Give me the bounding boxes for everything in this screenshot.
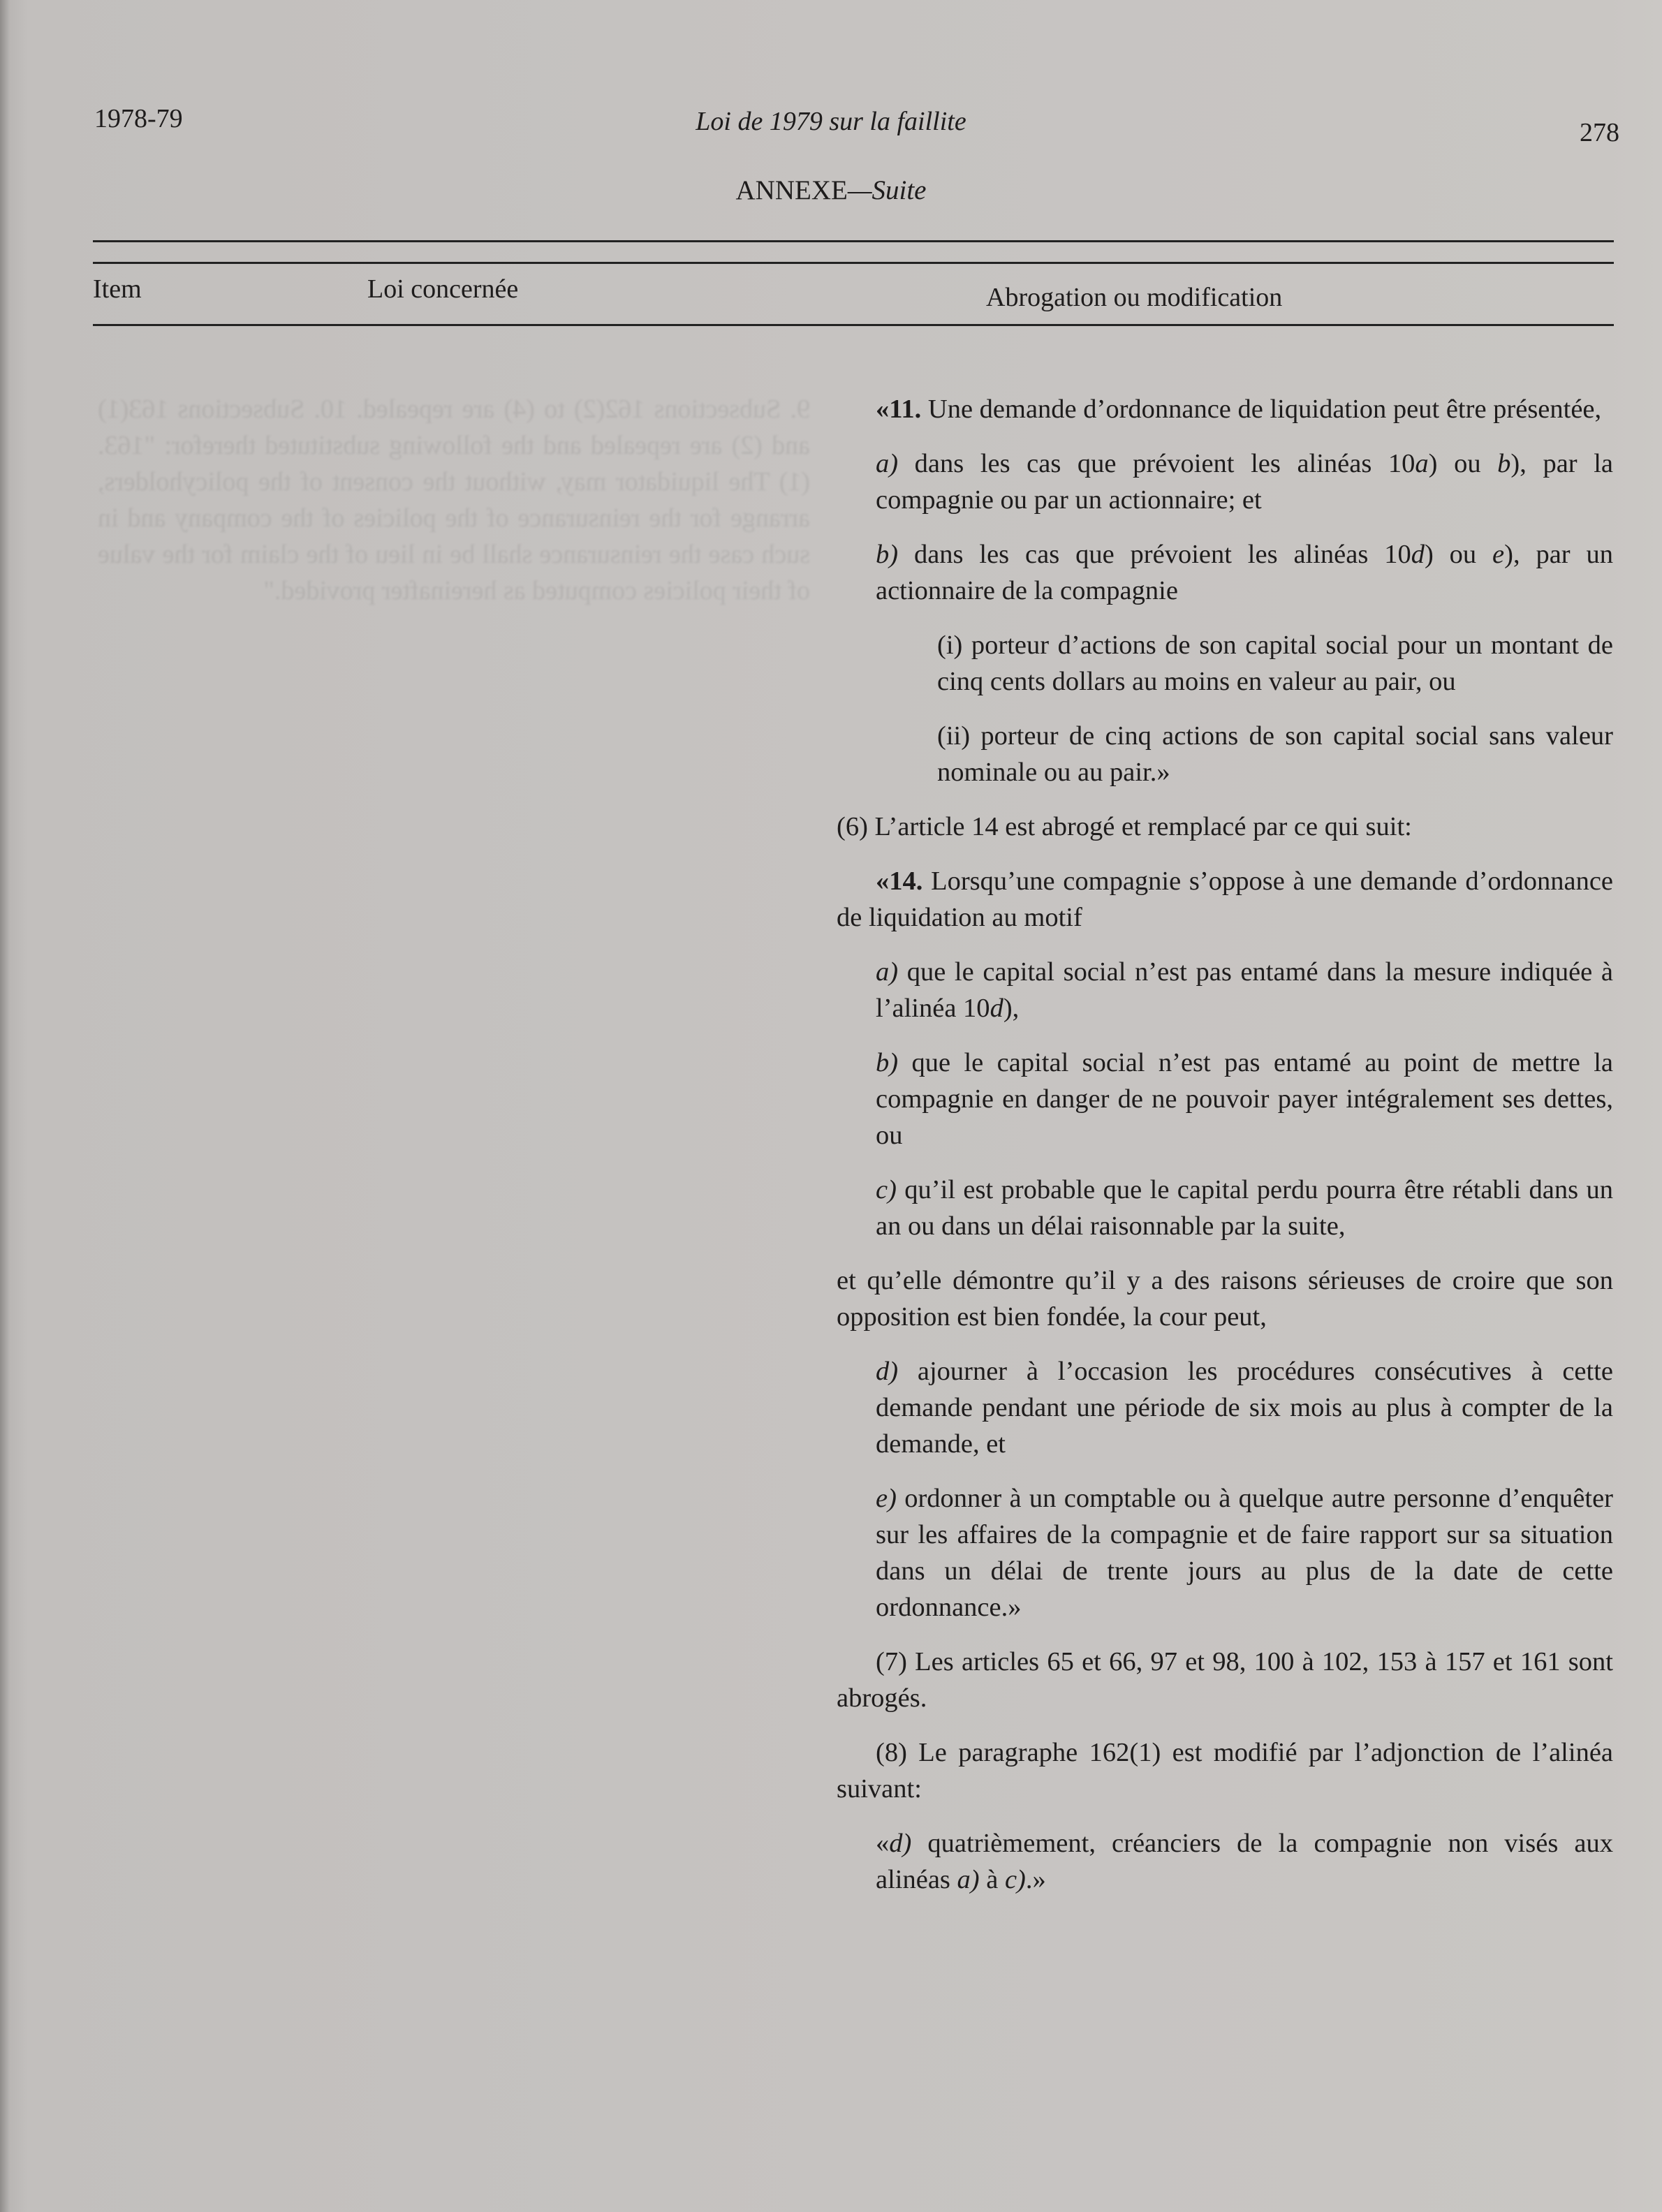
- subsection-8: (8) Le paragraphe 162(1) est modifié par…: [837, 1734, 1613, 1807]
- section-14-para-e: e) ordonner à un comptable ou à quelque …: [837, 1480, 1613, 1625]
- subsection-6: (6) L’article 14 est abrogé et remplacé …: [837, 809, 1613, 845]
- header-rule-top: [93, 240, 1614, 242]
- schedule-heading: ANNEXE—Suite: [0, 175, 1662, 206]
- section-14-continuation: et qu’elle démontre qu’il y a des raison…: [837, 1262, 1613, 1335]
- section-14-para-a: a) que le capital social n’est pas entam…: [837, 954, 1613, 1026]
- section-11: «11. Une demande d’ordonnance de liquida…: [837, 391, 1613, 427]
- act-title: Loi de 1979 sur la faillite: [0, 106, 1662, 137]
- section-14: «14. Lorsqu’une compagnie s’oppose à une…: [837, 863, 1613, 936]
- reverse-side-bleed-through: 9. Subsections 162(2) to (4) are repeale…: [98, 391, 810, 609]
- section-11-para-b: b) dans les cas que prévoient les alinéa…: [837, 536, 1613, 609]
- section-11-subpara-ii: (ii) porteur de cinq actions de son capi…: [837, 718, 1613, 790]
- schedule-title: ANNEXE: [736, 175, 848, 205]
- section-14-para-d: d) ajourner à l’occasion les procédures …: [837, 1353, 1613, 1462]
- section-14-para-c: c) qu’il est probable que le capital per…: [837, 1172, 1613, 1244]
- column-header-item: Item: [93, 274, 142, 304]
- schedule-suffix: —Suite: [848, 175, 927, 205]
- section-14-number: «14.: [876, 867, 922, 896]
- section-11-number: «11.: [876, 395, 921, 424]
- header-rule-second: [93, 262, 1614, 264]
- page-number: 278: [1580, 117, 1619, 148]
- section-11-para-a: a) dans les cas que prévoient les alinéa…: [837, 445, 1613, 518]
- section-14-para-b: b) que le capital social n’est pas entam…: [837, 1045, 1613, 1153]
- amendment-text: «11. Une demande d’ordonnance de liquida…: [837, 391, 1613, 1916]
- column-header-act: Loi concernée: [367, 274, 518, 304]
- column-header-repeal-amendment: Abrogation ou modification: [986, 282, 1282, 313]
- header-rule-bottom: [93, 324, 1614, 326]
- section-162-para-d: «d) quatrièmement, créanciers de la comp…: [837, 1825, 1613, 1898]
- subsection-7: (7) Les articles 65 et 66, 97 et 98, 100…: [837, 1644, 1613, 1716]
- section-11-subpara-i: (i) porteur d’actions de son capital soc…: [837, 627, 1613, 700]
